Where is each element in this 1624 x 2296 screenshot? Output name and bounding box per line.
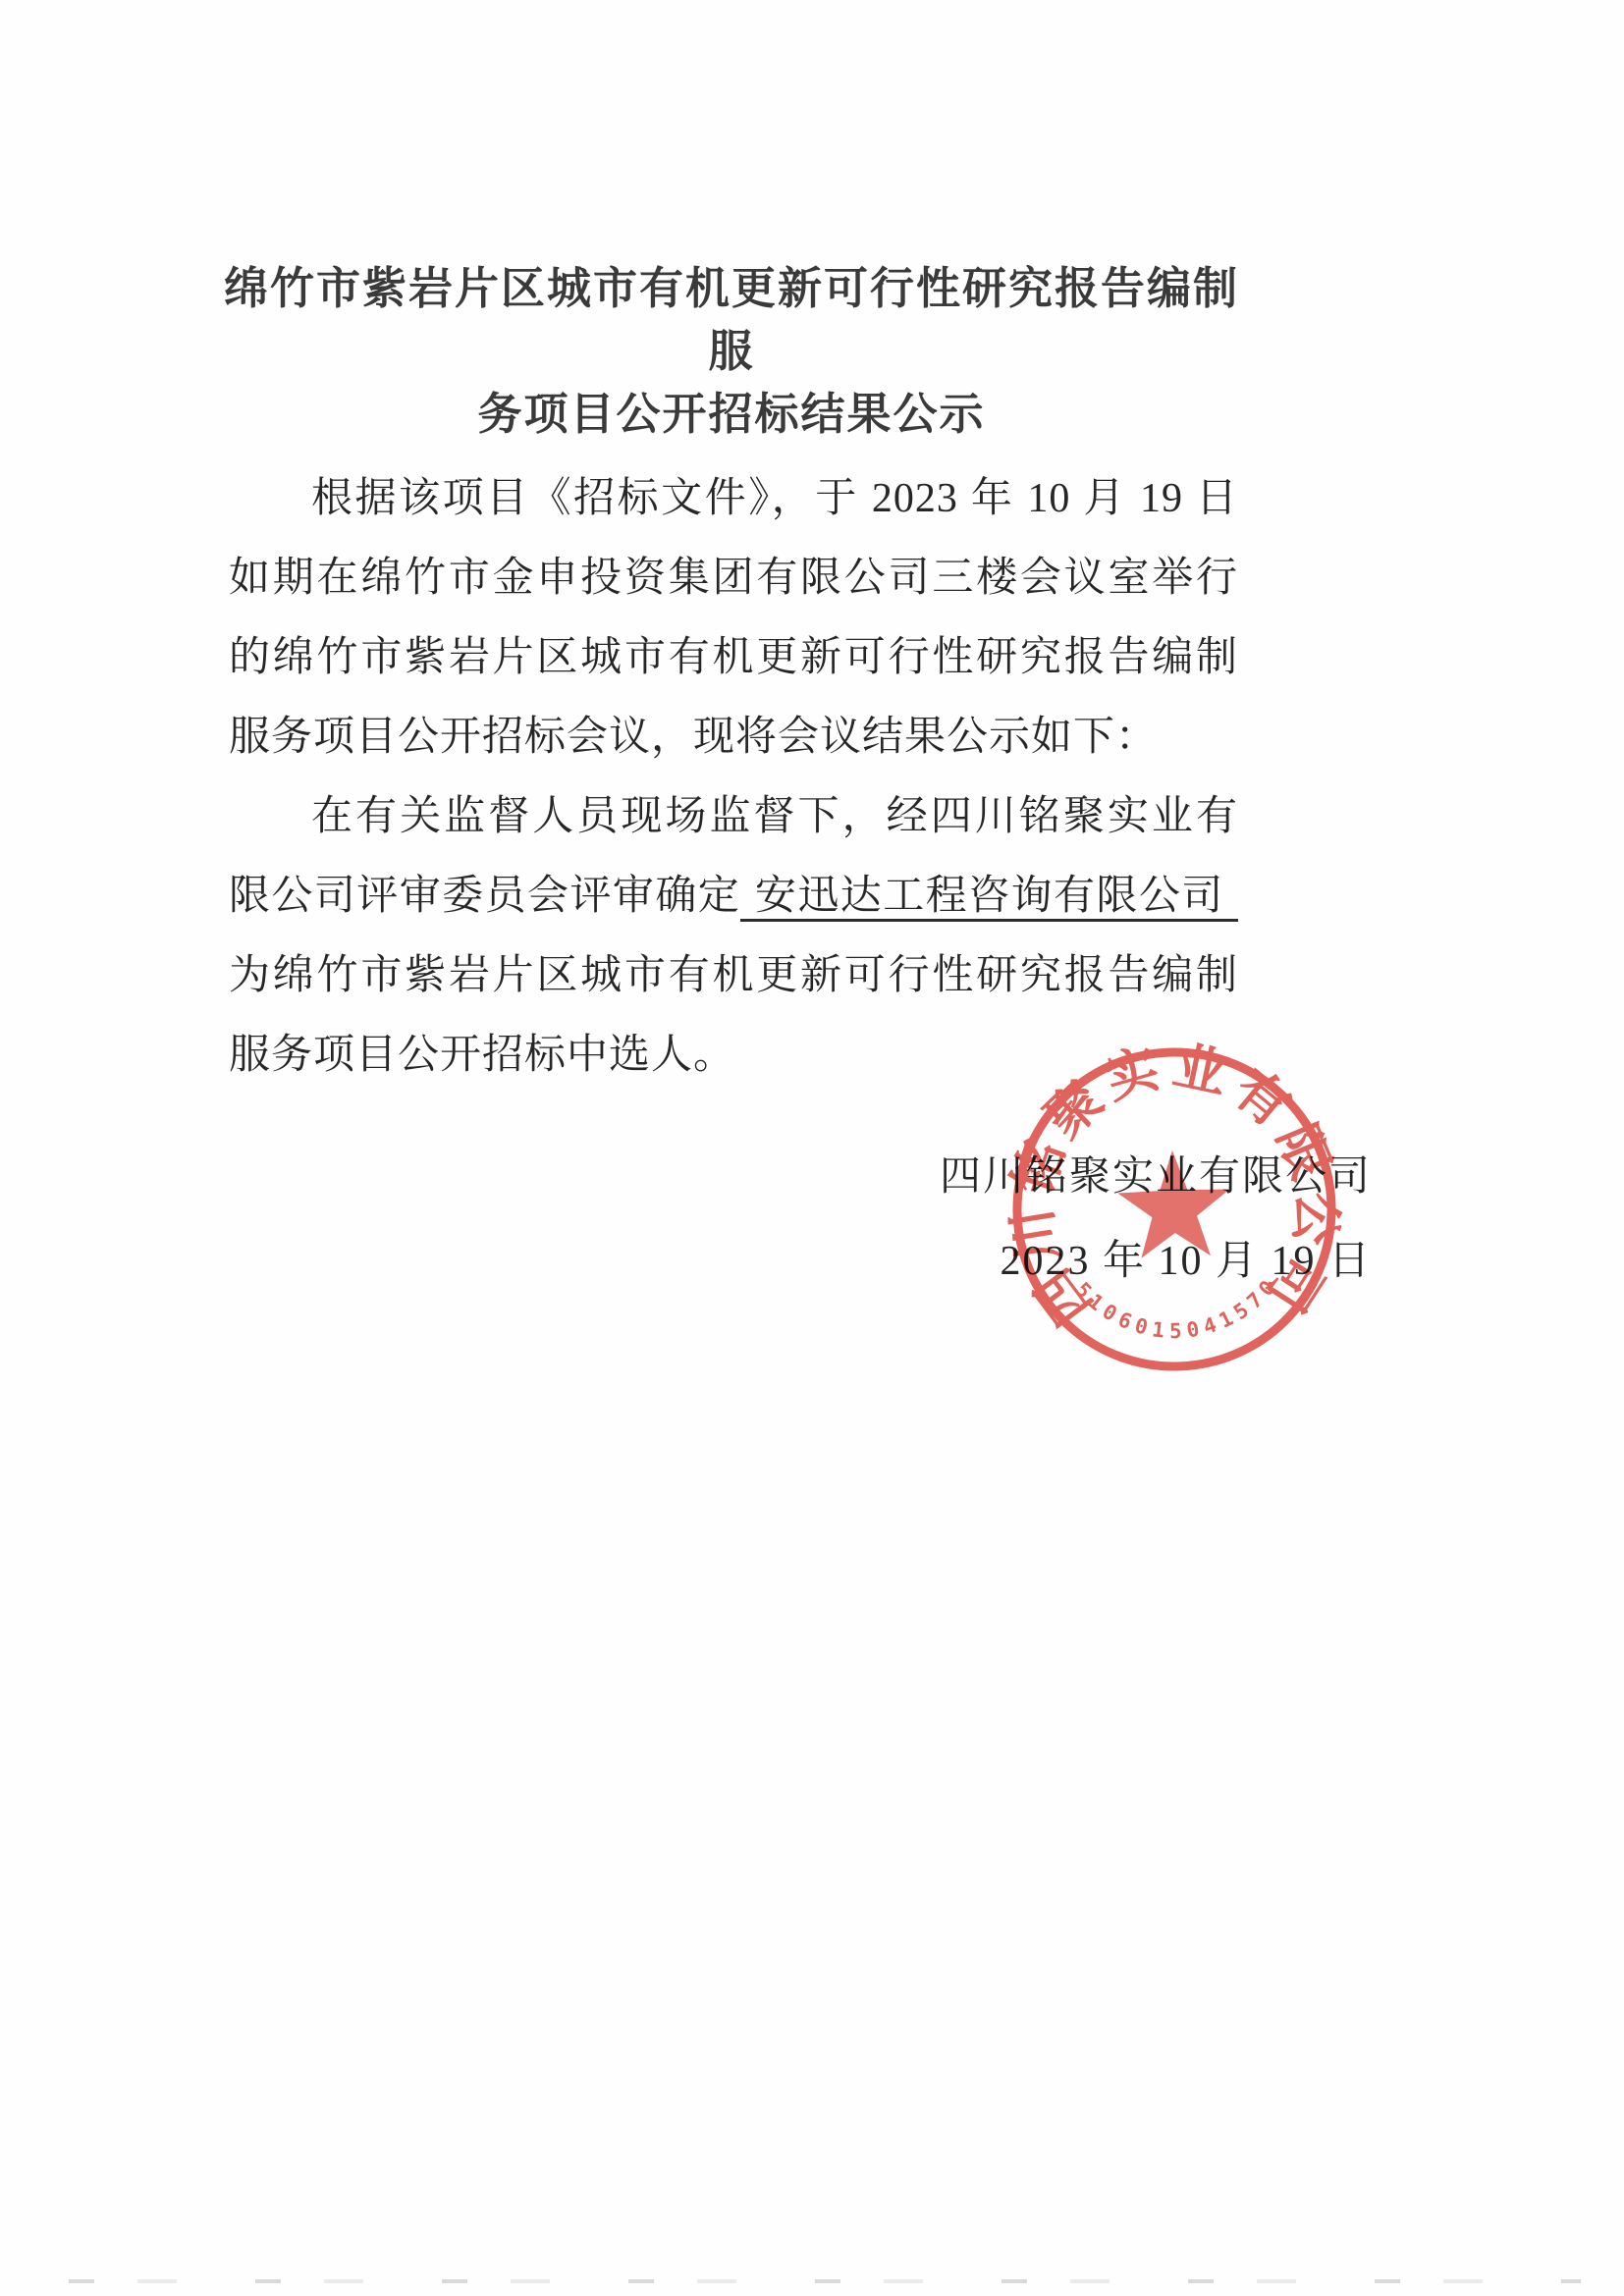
scanned-document-page: 绵竹市紫岩片区城市有机更新可行性研究报告编制服 务项目公开招标结果公示 根据该项…: [0, 0, 1624, 2296]
document-title: 绵竹市紫岩片区城市有机更新可行性研究报告编制服 务项目公开招标结果公示: [221, 257, 1242, 446]
paragraph-meeting-info: 根据该项目《招标文件》，于 2023 年 10 月 19 日如期在绵竹市金申投资…: [229, 459, 1238, 777]
seal-serial-number: 5106015041570: [1070, 1271, 1286, 1347]
document-title-line1: 绵竹市紫岩片区城市有机更新可行性研究报告编制服: [221, 257, 1242, 383]
star-icon: [1116, 1148, 1232, 1258]
seal-serial-textpath: 5106015041570: [1070, 1271, 1286, 1347]
document-body: 根据该项目《招标文件》，于 2023 年 10 月 19 日如期在绵竹市金申投资…: [229, 459, 1238, 1095]
scan-edge-artifact: [69, 2279, 1581, 2283]
winning-bidder-name: 安迅达工程咨询有限公司: [740, 874, 1238, 922]
paragraph-meeting-info-text: 根据该项目《招标文件》，于 2023 年 10 月 19 日如期在绵竹市金申投资…: [229, 476, 1238, 760]
document-title-line2: 务项目公开招标结果公示: [221, 383, 1242, 446]
company-seal-stamp: 四川铭聚实业有限公司 5106015041570: [1000, 1035, 1349, 1384]
